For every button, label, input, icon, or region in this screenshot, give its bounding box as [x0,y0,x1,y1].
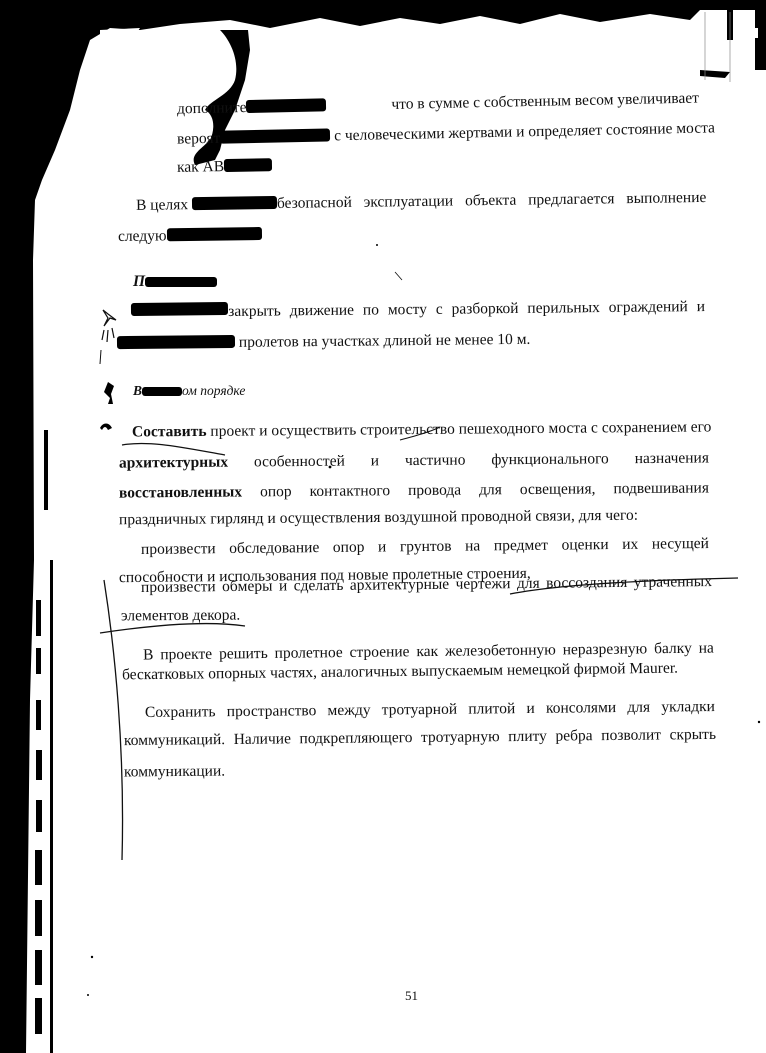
word: укладки [661,697,715,718]
word: на [699,639,714,659]
word: подвешивания [613,478,709,499]
paragraph-3-line-1: закрыть движение по мосту с разборкой пе… [131,297,705,323]
scanned-document-page: дополните что в сумме с собственным весо… [0,0,766,1053]
heading-text: В [133,383,142,398]
word: несущей [652,534,709,555]
redaction-bar [220,128,330,143]
word: частично [405,451,466,472]
text-fragment: как АВ [177,158,224,176]
paragraph-8-line-3: коммуникации. [124,762,225,783]
page-number: 51 [405,988,418,1004]
word: плиту [508,727,547,747]
word: обследование [229,538,319,559]
word: тротуарной [382,700,458,721]
margin-mark-blot [104,382,114,404]
word: консолями [546,698,616,719]
word: плитой [468,699,515,719]
word: их [622,535,638,555]
text-fragment: вероят [177,130,221,148]
word: тротуарную [421,727,500,748]
word: на [465,536,480,556]
margin-mark-arc [100,424,112,431]
heading-text: П [133,273,145,290]
word: подкрепляющего [299,728,412,749]
word: и [378,537,387,557]
text-fragment: Составить [132,423,207,441]
handwritten-bracket [104,580,123,860]
redaction-bar [142,387,182,396]
word: назначения [635,448,709,469]
text-fragment: проект и осуществить строительство пешех… [210,418,711,439]
word: грунтов [400,537,452,558]
redaction-bar [145,277,217,287]
text-fragment: безопасной эксплуатации объекта предлага… [277,188,707,214]
redaction-bar [192,196,277,210]
word: утраченных [634,572,712,593]
word: особенностей [254,452,345,473]
word: произвести [141,577,216,598]
paragraph-4-line-3: восстановленныхопорконтактногопроводадля… [119,478,709,503]
word: архитектурных [119,453,228,474]
section-heading-2: Вом порядке [133,381,245,401]
text-fragment: с человеческими жертвами и определяет со… [334,119,715,144]
paragraph-4-line-2: архитектурныхособенностейичастичнофункци… [119,448,709,473]
word: Сохранить [145,702,216,723]
paragraph-1-line-2: вероят с человеческими жертвами и опреде… [177,118,715,149]
word: строение [349,642,409,663]
word: проекте [160,645,212,666]
word: и [526,699,535,719]
word: решить [219,644,268,665]
paragraph-2-line-2: следую [118,225,262,247]
word: опор [260,482,292,502]
word: неразрезную [563,639,648,660]
paragraph-8-line-2: коммуникаций.Наличиеподкрепляющеготротуа… [124,725,716,751]
text-fragment: элементов декора. [121,607,240,625]
word: предмет [494,536,548,557]
word: как [416,642,438,662]
word: опор [333,538,365,558]
text-fragment: В целях [136,196,188,214]
word: архитектурные [350,575,450,596]
word: пространство [227,701,317,722]
word: коммуникаций. [124,730,225,751]
word: контактного [310,481,391,502]
text-fragment: что в сумме с собственным весом увеличив… [391,89,699,115]
word: провода [408,481,461,501]
word: произвести [141,539,216,560]
word: восстановленных [119,483,242,504]
paragraph-5-line-1: произвестиобследованиеопоригрунтовнапред… [141,534,709,560]
text-fragment: коммуникации. [124,763,225,781]
word: чертежи [455,574,510,595]
word: освещения, [520,479,596,500]
redaction-bar [166,227,261,241]
word: ребра [555,726,592,746]
paragraph-3-line-2: пролетов на участках длиной не менее 10 … [117,330,531,354]
heading-text: ом порядке [182,383,245,398]
binding-marks [10,430,53,1053]
redaction-bar [131,302,228,316]
redaction-bar [246,98,326,113]
redaction-bar [117,335,235,349]
section-heading-1: П [133,272,217,292]
word: между [327,701,370,721]
paragraph-6-line-2: элементов декора. [121,606,240,627]
word: железобетонную [445,640,556,661]
word: воссоздания [546,573,627,594]
word: позволит [601,725,661,746]
word: В [143,645,154,665]
word: пролетное [274,643,342,664]
word: для [479,480,502,500]
word: обмеры [222,577,273,598]
text-fragment: закрыть движение по мосту с разборкой пе… [228,297,705,322]
text-fragment: праздничных гирлянд и осуществления возд… [119,507,638,529]
word: Наличие [234,729,291,750]
margin-mark-flower [102,310,116,342]
paragraph-2-line-1: В целях безопасной эксплуатации объекта … [136,188,699,216]
paragraph-1-line-3: как АВ [177,156,272,178]
redaction-bar [224,158,272,172]
word: сделать [294,576,344,597]
paragraph-1-line-1: дополните что в сумме с собственным весо… [177,89,699,120]
text-fragment: следую [118,227,167,245]
word: для [517,574,540,594]
word: для [627,698,650,718]
paragraph-4-line-4: праздничных гирлянд и осуществления возд… [119,506,638,531]
word: функционального [491,449,609,470]
word: оценки [561,535,608,555]
text-fragment: пролетов на участках длиной не менее 10 … [239,331,531,351]
text-fragment: дополните [177,99,247,117]
word: и [279,576,288,596]
paragraph-4-line-1: Составить проект и осуществить строитель… [132,417,711,442]
paragraph-8-line-1: Сохранитьпространствомеждутротуарнойплит… [145,697,715,723]
word: балку [654,639,692,659]
word: скрыть [669,725,716,745]
word: и [371,451,379,471]
